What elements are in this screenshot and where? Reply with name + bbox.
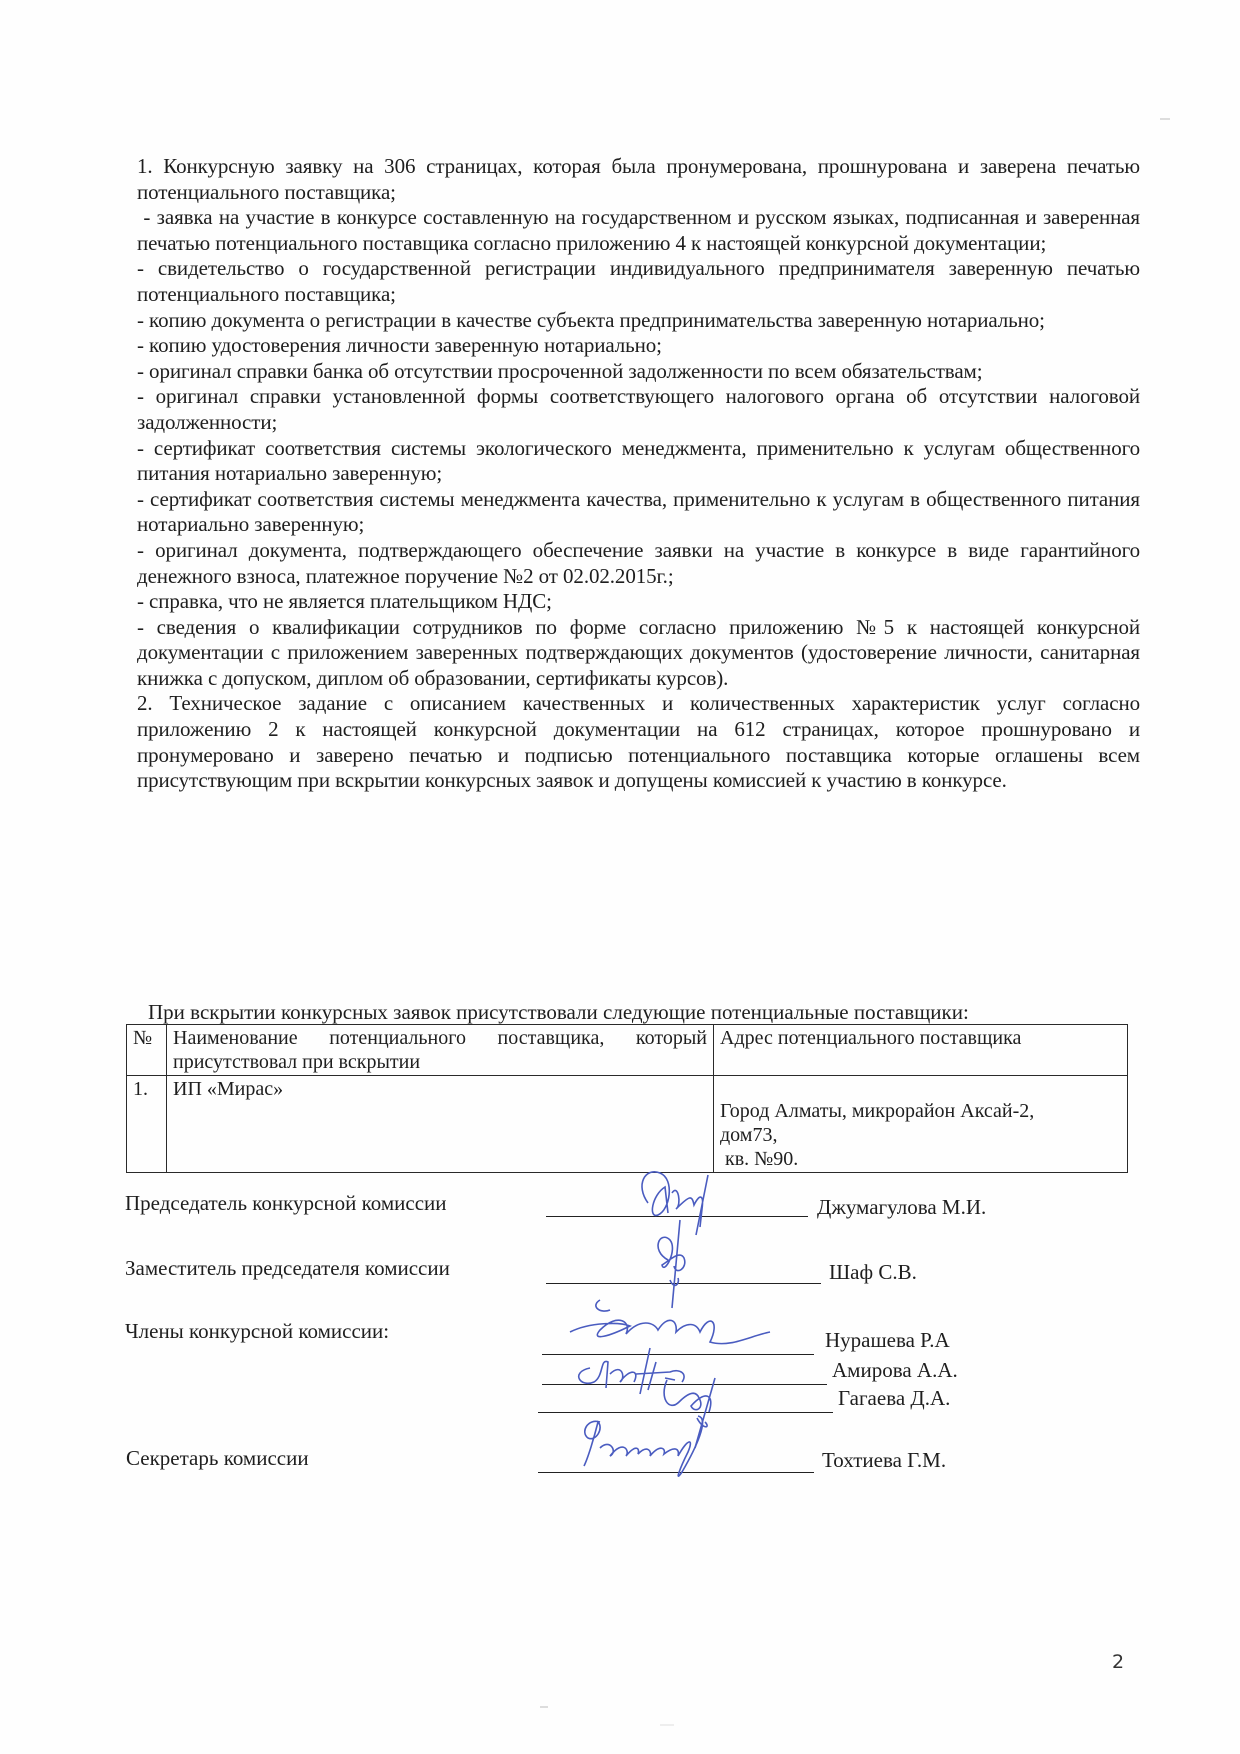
table-header-row: № Наименование потенциального поставщика… — [127, 1025, 1128, 1076]
paragraph-id-copy: - копию удостоверения личности заверенну… — [137, 333, 1140, 359]
paragraph-application: 1. Конкурсную заявку на 306 страницах, к… — [137, 154, 1140, 205]
address-line: кв. №90. — [720, 1147, 1121, 1171]
paragraph-tax-certificate: - оригинал справки установленной формы с… — [137, 384, 1140, 435]
suppliers-table: № Наименование потенциального поставщика… — [126, 1024, 1128, 1173]
role-label: Заместитель председателя комиссии — [125, 1256, 450, 1281]
paragraph-technical-specification: 2. Техническое задание с описанием качес… — [137, 691, 1140, 793]
cell-supplier-address: Город Алматы, микрорайон Аксай-2, дом73,… — [714, 1076, 1128, 1173]
address-line: Город Алматы, микрорайон Аксай-2, — [720, 1099, 1121, 1123]
role-label: Секретарь комиссии — [126, 1446, 309, 1471]
paragraph-quality-certificate: - сертификат соответствия системы менедж… — [137, 487, 1140, 538]
signatory-name: Тохтиева Г.М. — [822, 1448, 946, 1473]
signatory-name: Нурашева Р.А — [825, 1328, 950, 1353]
header-supplier-name: Наименование потенциального поставщика, … — [167, 1025, 714, 1076]
paragraph-registration-certificate: - свидетельство о государственной регист… — [137, 256, 1140, 307]
scan-artifact — [540, 1706, 548, 1708]
suppliers-intro: При вскрытии конкурсных заявок присутств… — [148, 1000, 969, 1024]
signature-row-chairman: Председатель конкурсной комиссии Джумагу… — [0, 1185, 1240, 1225]
signatory-name: Шаф С.В. — [829, 1260, 917, 1285]
paragraph-eco-certificate: - сертификат соответствия системы эколог… — [137, 436, 1140, 487]
cell-num: 1. — [127, 1076, 167, 1173]
signature-row-secretary: Секретарь комиссии Тохтиева Г.М. — [0, 1440, 1240, 1480]
paragraph-participation-request: - заявка на участие в конкурсе составлен… — [137, 205, 1140, 256]
signature-icon — [570, 1408, 750, 1494]
scan-artifact — [1160, 118, 1170, 120]
paragraph-registration-copy: - копию документа о регистрации в качест… — [137, 308, 1140, 334]
document-page: 1. Конкурсную заявку на 306 страницах, к… — [0, 0, 1240, 1754]
table-row: 1. ИП «Мирас» Город Алматы, микрорайон А… — [127, 1076, 1128, 1173]
paragraph-staff-qualification: - сведения о квалификации сотрудников по… — [137, 615, 1140, 692]
address-line: дом73, — [720, 1123, 1121, 1147]
page-number: 2 — [1112, 1651, 1124, 1673]
signature-row-deputy: Заместитель председателя комиссии Шаф С.… — [0, 1250, 1240, 1290]
role-label: Председатель конкурсной комиссии — [125, 1191, 447, 1216]
paragraph-guarantee-document: - оригинал документа, подтверждающего об… — [137, 538, 1140, 589]
header-supplier-address: Адрес потенциального поставщика — [714, 1025, 1128, 1076]
document-body: 1. Конкурсную заявку на 306 страницах, к… — [137, 154, 1140, 794]
signatory-name: Гагаева Д.А. — [838, 1386, 950, 1411]
scan-artifact — [660, 1724, 674, 1726]
paragraph-vat-certificate: - справка, что не является плательщиком … — [137, 589, 1140, 615]
paragraph-bank-certificate: - оригинал справки банка об отсутствии п… — [137, 359, 1140, 385]
signatory-name: Джумагулова М.И. — [817, 1195, 986, 1220]
cell-supplier-name: ИП «Мирас» — [167, 1076, 714, 1173]
header-num: № — [127, 1025, 167, 1076]
